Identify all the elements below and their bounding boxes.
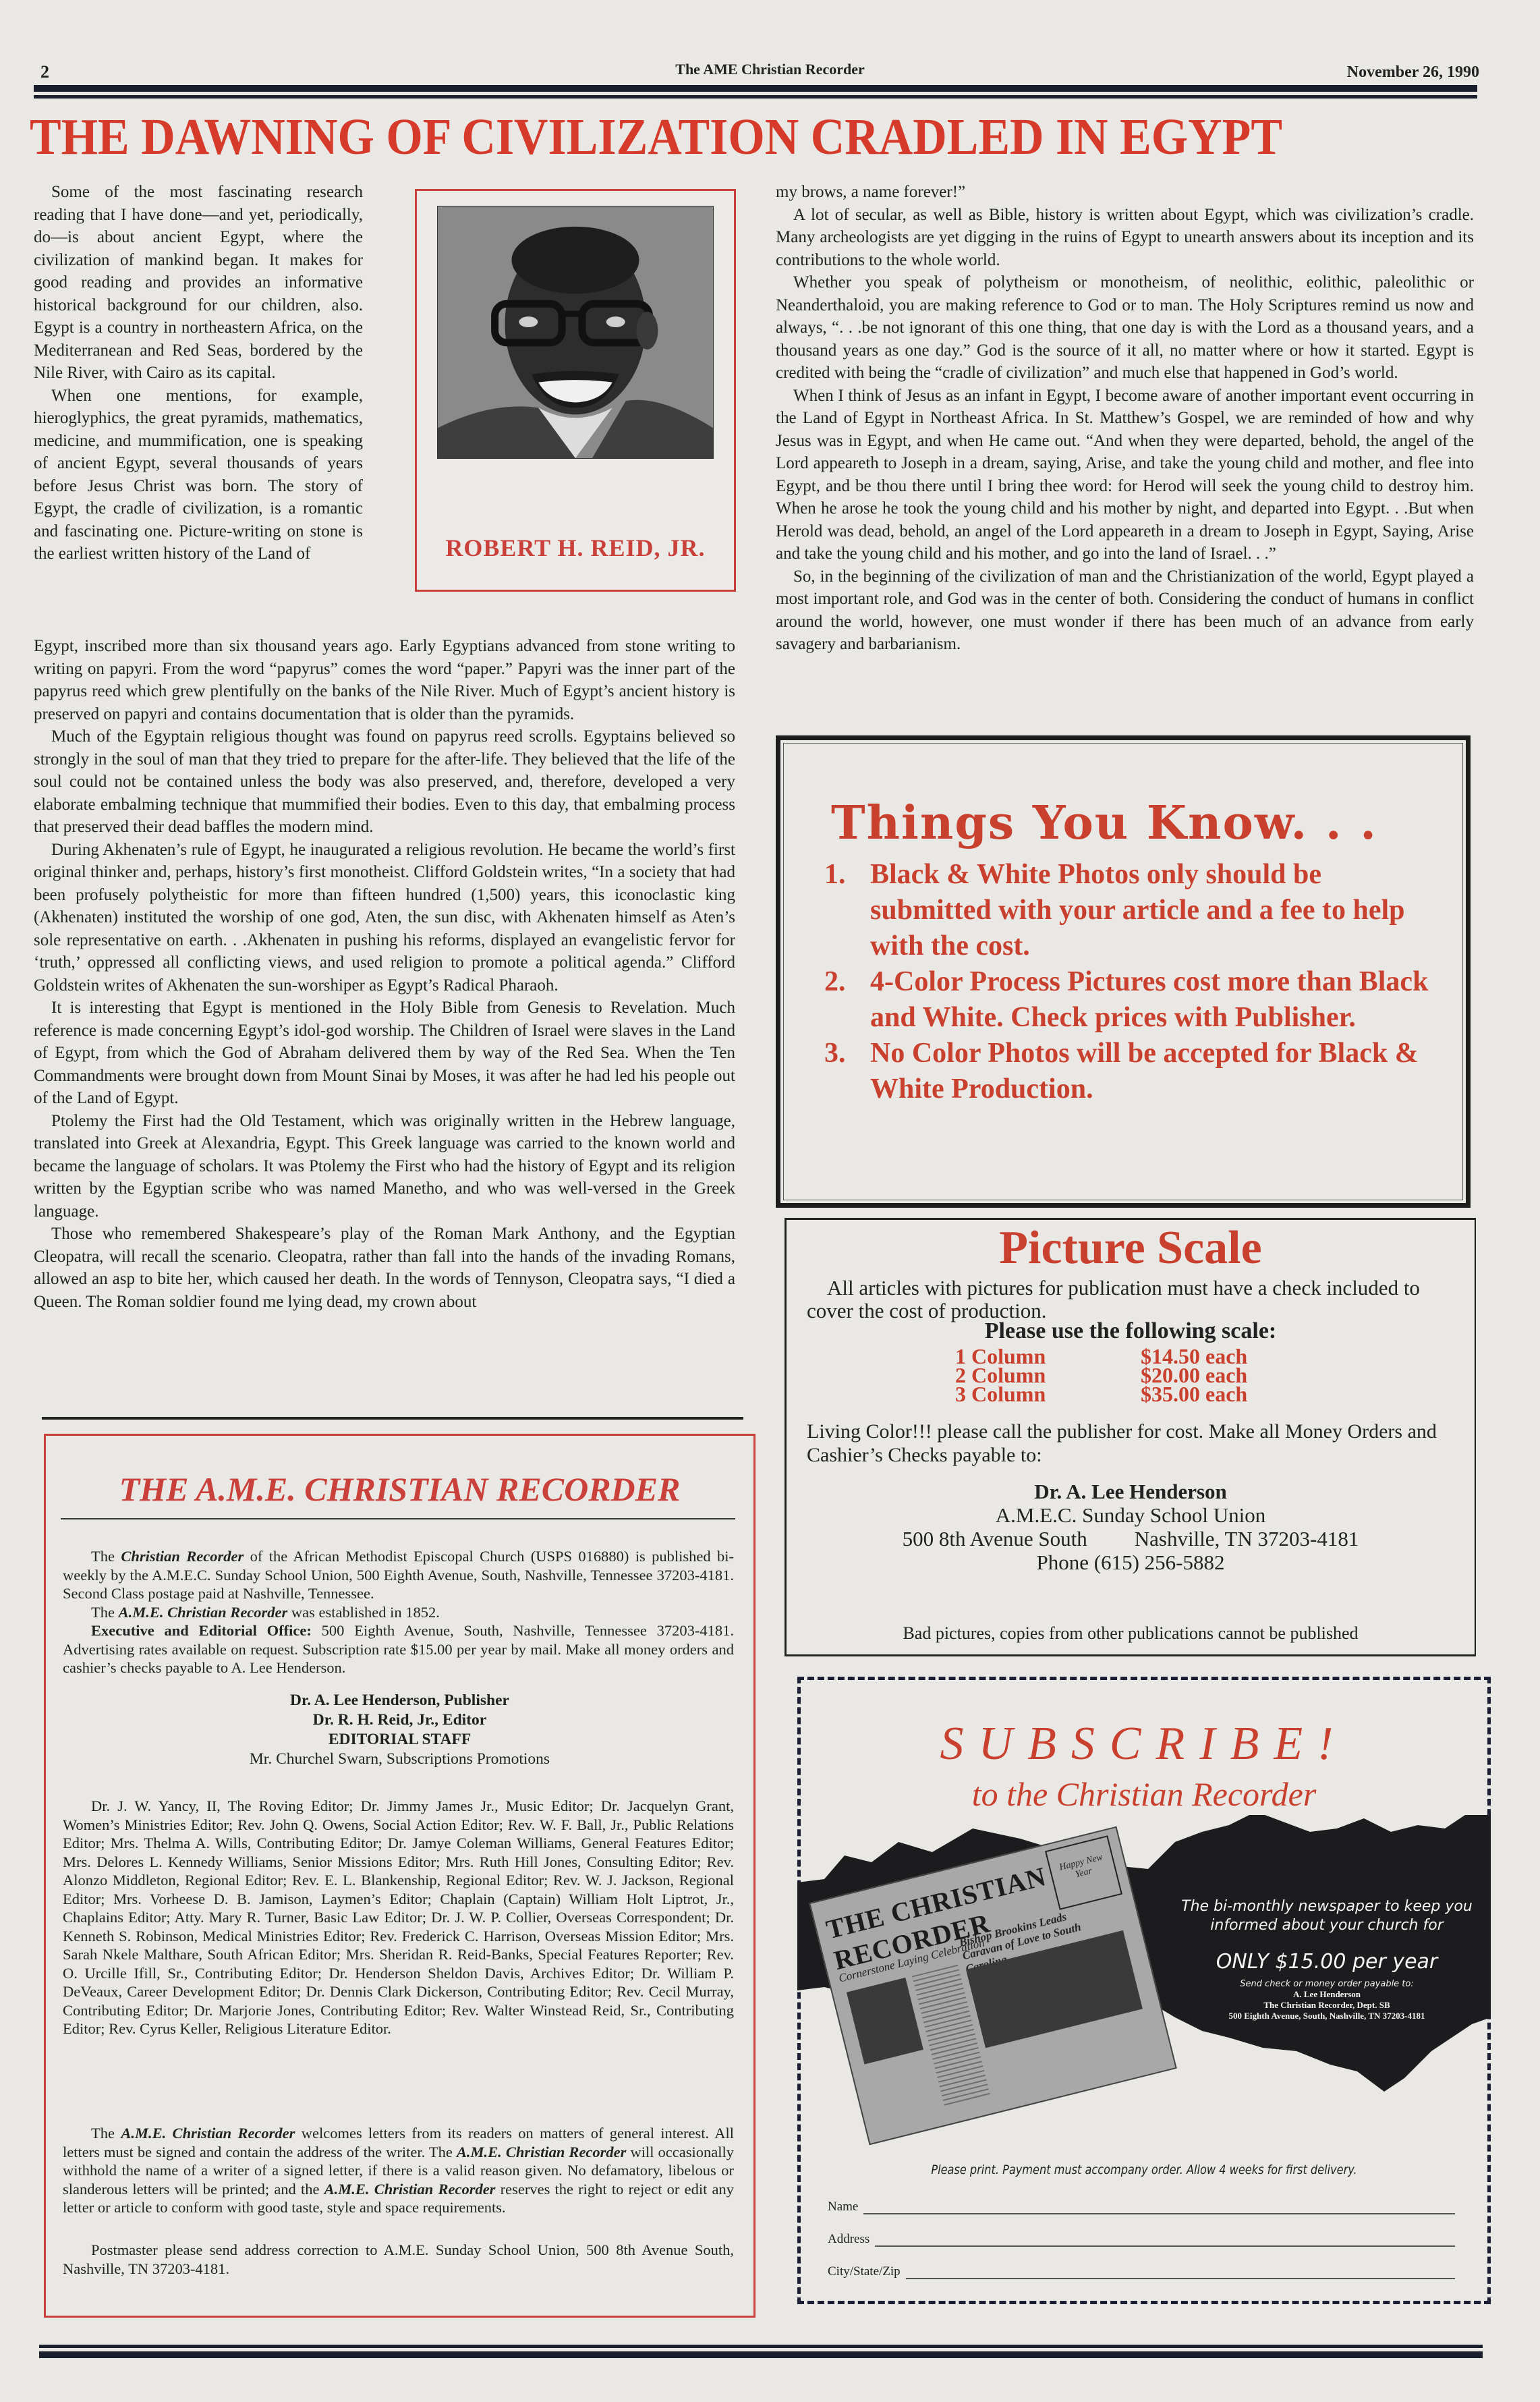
masthead-rule xyxy=(61,1518,735,1519)
author-photo xyxy=(437,206,714,459)
list-item: 1.Black & White Photos only should be su… xyxy=(824,857,1431,964)
article-paragraph: A lot of secular, as well as Bible, hist… xyxy=(776,204,1474,272)
masthead-box: THE A.M.E. CHRISTIAN RECORDER The Christ… xyxy=(44,1434,755,2318)
picture-scale-title: Picture Scale xyxy=(787,1221,1475,1275)
list-item: 2.4-Color Process Pictures cost more tha… xyxy=(824,964,1431,1036)
picture-scale-box: Picture Scale All articles with pictures… xyxy=(785,1218,1476,1656)
article-column-wide: Egypt, inscribed more than six thousand … xyxy=(34,635,735,1313)
newspaper-page: 2 The AME Christian Recorder November 26… xyxy=(0,0,1540,2402)
address-input[interactable] xyxy=(875,2237,1455,2247)
masthead-title: THE A.M.E. CHRISTIAN RECORDER xyxy=(46,1470,753,1509)
article-paragraph: Much of the Egyptain religious thought w… xyxy=(34,725,735,839)
article-paragraph: When one mentions, for example, hierogly… xyxy=(34,385,363,565)
postmaster-note: Postmaster please send address correctio… xyxy=(63,2241,734,2278)
phone-number: Phone (615) 256-5882 xyxy=(787,1551,1475,1574)
city-state-zip-input[interactable] xyxy=(906,2270,1455,2279)
article-paragraph: Some of the most fascinating research re… xyxy=(34,181,363,385)
name-field[interactable]: Name xyxy=(828,2200,1455,2214)
subscribe-promo: The bi-monthly newspaper to keep you inf… xyxy=(1178,1897,1475,2021)
article-paragraph: During Akhenaten’s rule of Egypt, he ina… xyxy=(34,839,735,997)
picture-scale-intro: All articles with pictures for publicati… xyxy=(807,1277,1454,1322)
article-paragraph: Those who remembered Shakespeare’s play … xyxy=(34,1223,735,1313)
issue-date: November 26, 1990 xyxy=(1347,63,1479,82)
article-headline: THE DAWNING OF CIVILIZATION CRADLED IN E… xyxy=(30,108,1395,167)
article-paragraph: Ptolemy the First had the Old Testament,… xyxy=(34,1110,735,1223)
things-you-know-title: Things You Know. . . xyxy=(831,796,1377,850)
subscribe-title: SUBSCRIBE! xyxy=(801,1717,1487,1771)
article-paragraph: Whether you speak of polytheism or monot… xyxy=(776,271,1474,385)
article-paragraph: When I think of Jesus as an infant in Eg… xyxy=(776,385,1474,565)
disclaimer: Bad pictures, copies from other publicat… xyxy=(787,1623,1475,1644)
article-paragraph: So, in the beginning of the civilization… xyxy=(776,565,1474,656)
editors-list: Dr. J. W. Yancy, II, The Roving Editor; … xyxy=(63,1797,734,2038)
portrait-icon xyxy=(438,206,713,458)
things-you-know-list: 1.Black & White Photos only should be su… xyxy=(824,857,1431,1107)
subscribe-coupon: SUBSCRIBE! to the Christian Recorder THE… xyxy=(797,1677,1491,2304)
article-paragraph: Egypt, inscribed more than six thousand … xyxy=(34,635,735,725)
scale-label: Please use the following scale: xyxy=(787,1318,1475,1344)
publication-name: The AME Christian Recorder xyxy=(0,61,1540,78)
photo-caption: ROBERT H. REID, JR. xyxy=(417,534,734,562)
rate-row: 3 Column$35.00 each xyxy=(955,1385,1247,1403)
masthead-staff: Dr. A. Lee Henderson, Publisher Dr. R. H… xyxy=(46,1691,753,1769)
address-field[interactable]: Address xyxy=(828,2232,1455,2247)
list-item: 3.No Color Photos will be accepted for B… xyxy=(824,1036,1431,1107)
name-input[interactable] xyxy=(863,2205,1455,2214)
order-note: Please print. Payment must accompany ord… xyxy=(852,2162,1435,2177)
subscribe-subtitle: to the Christian Recorder xyxy=(801,1775,1487,1814)
publisher-contact: Dr. A. Lee Henderson A.M.E.C. Sunday Sch… xyxy=(787,1480,1475,1574)
section-divider xyxy=(42,1417,743,1420)
things-you-know-box: Things You Know. . . 1.Black & White Pho… xyxy=(776,735,1471,1208)
rate-table: 1 Column$14.50 each 2 Column$20.00 each … xyxy=(955,1347,1247,1403)
author-photo-box: ROBERT H. REID, JR. xyxy=(415,189,736,592)
article-column-left: Some of the most fascinating research re… xyxy=(34,181,363,565)
letters-policy: The A.M.E. Christian Recorder welcomes l… xyxy=(63,2124,734,2217)
article-paragraph: It is interesting that Egypt is mentione… xyxy=(34,997,735,1110)
living-color-note: Living Color!!! please call the publishe… xyxy=(807,1420,1454,1467)
article-paragraph: my brows, a name forever!” xyxy=(776,181,1474,204)
city-state-zip-field[interactable]: City/State/Zip xyxy=(828,2264,1455,2279)
footer-rule xyxy=(39,2345,1483,2358)
header-rule xyxy=(34,85,1477,100)
subscription-price: ONLY $15.00 per year xyxy=(1178,1950,1475,1974)
masthead-info: The Christian Recorder of the African Me… xyxy=(63,1547,734,1677)
article-column-right: my brows, a name forever!” A lot of secu… xyxy=(776,181,1474,656)
